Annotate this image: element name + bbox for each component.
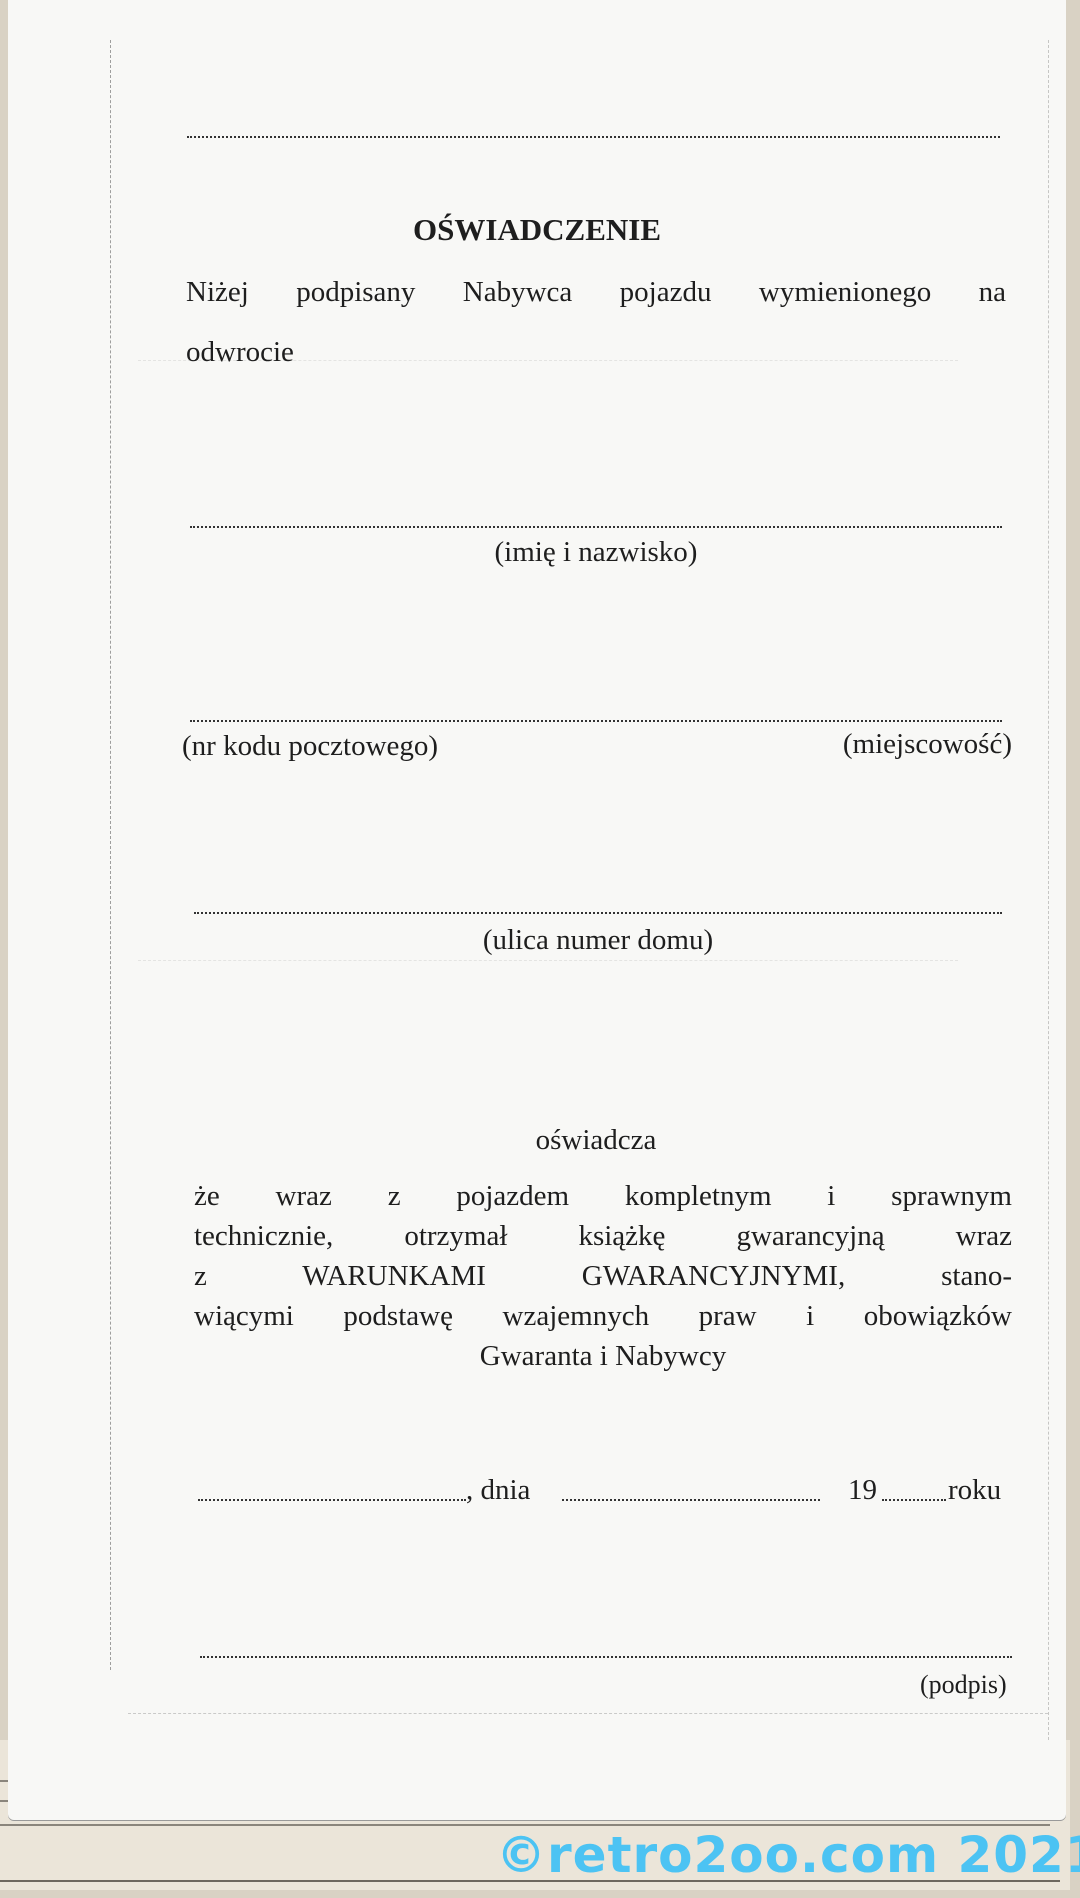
ghost-rule bbox=[128, 1713, 1048, 1714]
name-field-label: (imię i nazwisko) bbox=[190, 538, 1002, 567]
ghost-rule bbox=[138, 960, 958, 961]
top-blank-line[interactable] bbox=[187, 136, 1000, 138]
signature-label: (podpis) bbox=[920, 1672, 1007, 1698]
intro-line-1: Niżej podpisany Nabywca pojazdu wymienio… bbox=[186, 278, 1006, 307]
year-suffix: roku bbox=[948, 1476, 1001, 1505]
watermark: ©retro2oo.com 2021 bbox=[496, 1826, 1080, 1884]
place-field[interactable] bbox=[198, 1499, 466, 1501]
name-field[interactable] bbox=[190, 526, 1002, 528]
date-field[interactable] bbox=[562, 1499, 820, 1501]
postal-code-label: (nr kodu pocztowego) bbox=[182, 732, 438, 761]
statement-line: z WARUNKAMI GWARANCYJNYMI, stano- bbox=[194, 1262, 1012, 1291]
year-field[interactable] bbox=[882, 1499, 946, 1501]
year-prefix: 19 bbox=[848, 1476, 877, 1505]
document-title: OŚWIADCZENIE bbox=[8, 214, 1066, 245]
intro-line-2: odwrocie bbox=[186, 338, 294, 367]
statement-last-line: Gwaranta i Nabywcy bbox=[194, 1342, 1012, 1371]
street-field[interactable] bbox=[194, 912, 1002, 914]
street-field-label: (ulica numer domu) bbox=[194, 926, 1002, 955]
document-page: OŚWIADCZENIE Niżej podpisany Nabywca poj… bbox=[8, 0, 1066, 1820]
city-label: (miejscowość) bbox=[843, 730, 1012, 759]
postal-city-field[interactable] bbox=[190, 720, 1002, 722]
margin-guide-left bbox=[110, 40, 111, 1670]
statement-line: technicznie, otrzymał książkę gwarancyjn… bbox=[194, 1222, 1012, 1251]
statement-line: wiącymi podstawę wzajemnych praw i obowi… bbox=[194, 1302, 1012, 1331]
declares-word: oświadcza bbox=[190, 1126, 1002, 1155]
margin-guide-right bbox=[1048, 40, 1049, 1740]
signature-field[interactable] bbox=[200, 1656, 1012, 1658]
statement-line: że wraz z pojazdem kompletnym i sprawnym bbox=[194, 1182, 1012, 1211]
date-separator: , dnia bbox=[466, 1476, 530, 1505]
